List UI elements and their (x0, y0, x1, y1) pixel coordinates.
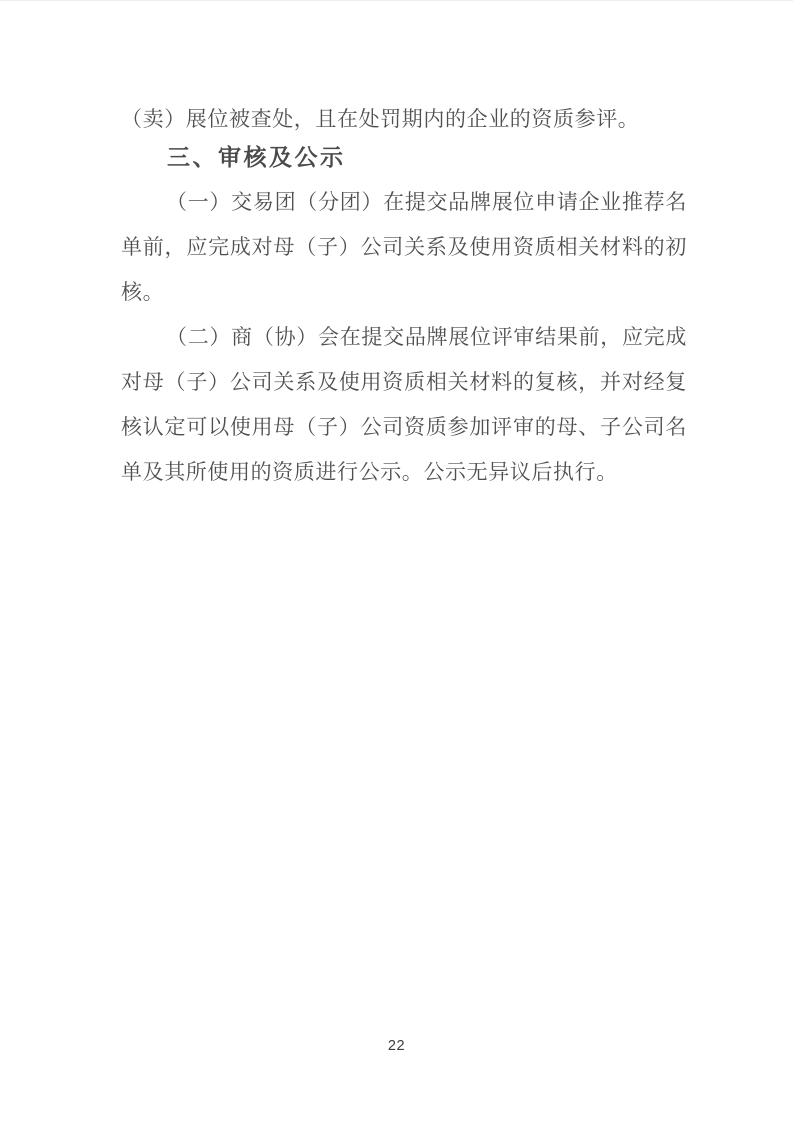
page-number: 22 (388, 1038, 405, 1054)
paragraph-1-line-1: （一）交易团（分团）在提交品牌展位申请企业推荐名 (121, 180, 687, 225)
paragraph-2-line-3: 核认定可以使用母（子）公司资质参加评审的母、子公司名 (121, 405, 687, 450)
page-footer: 22 (0, 1037, 793, 1055)
paragraph-2-line-4: 单及其所使用的资质进行公示。公示无异议后执行。 (121, 450, 687, 495)
paragraph-1-line-3: 核。 (121, 270, 687, 315)
document-page: （卖）展位被查处，且在处罚期内的企业的资质参评。 三、审核及公示 （一）交易团（… (0, 0, 793, 1122)
paragraph-1-line-2: 单前，应完成对母（子）公司关系及使用资质相关材料的初 (121, 225, 687, 270)
paragraph-2-line-1: （二）商（协）会在提交品牌展位评审结果前，应完成 (121, 315, 687, 360)
document-text-block: （卖）展位被查处，且在处罚期内的企业的资质参评。 三、审核及公示 （一）交易团（… (121, 97, 687, 495)
paragraph-2-line-2: 对母（子）公司关系及使用资质相关材料的复核，并对经复 (121, 360, 687, 405)
